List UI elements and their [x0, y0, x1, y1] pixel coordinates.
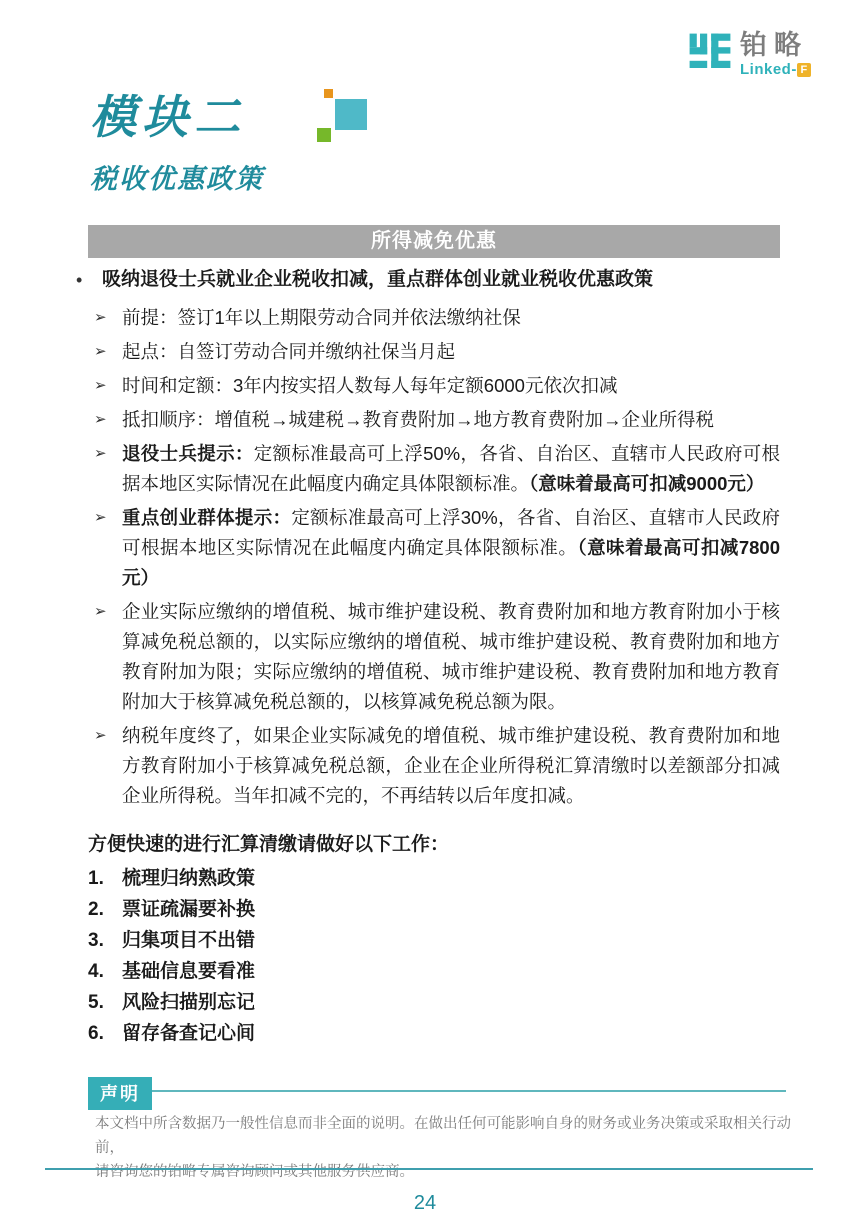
checklist-item: 4.基础信息要看准 [88, 956, 780, 987]
arrow-bullet-icon: ➢ [94, 405, 107, 435]
checklist: 1.梳理归纳熟政策 2.票证疏漏要补换 3.归集项目不出错 4.基础信息要看准 … [88, 863, 780, 1049]
arrow-bullet-icon: ➢ [94, 721, 107, 751]
checklist-item-text: 风险扫描别忘记 [122, 987, 255, 1018]
checklist-item-number: 1. [88, 863, 122, 894]
statement-divider-line [136, 1090, 786, 1092]
item-emphasis: （意味着最高可扣减9000元） [529, 473, 764, 494]
checklist-item: 6.留存备查记心间 [88, 1018, 780, 1049]
bullet-icon: • [76, 265, 82, 295]
list-item: ➢企业实际应缴纳的增值税、城市维护建设税、教育费附加和地方教育附加小于核算减免税… [88, 597, 780, 717]
module-header: 模块二 税收优惠政策 [90, 92, 264, 196]
item-text: 企业实际应缴纳的增值税、城市维护建设税、教育费附加和地方教育附加小于核算减免税总… [122, 601, 780, 712]
document-page: 铂略 Linked- F 模块二 税收优惠政策 所得减免优惠 • 吸纳退役士兵就… [0, 0, 850, 1228]
policy-headline-text: 吸纳退役士兵就业企业税收扣减，重点群体创业就业税收优惠政策 [102, 269, 653, 290]
list-item: ➢退役士兵提示：定额标准最高可上浮50%，各省、自治区、直辖市人民政府可根据本地… [88, 439, 780, 499]
section-title: 所得减免优惠 [371, 230, 497, 252]
footer-divider-line [45, 1168, 813, 1170]
decorative-square-green [317, 128, 331, 142]
arrow-bullet-icon: ➢ [94, 337, 107, 367]
checklist-item-number: 6. [88, 1018, 122, 1049]
brand-name-en-word: Linked- [740, 62, 797, 77]
decorative-square-teal [335, 99, 367, 130]
checklist-title: 方便快速的进行汇算清缴请做好以下工作： [88, 831, 780, 859]
brand-name-en: Linked- F [740, 62, 811, 77]
checklist-item-text: 梳理归纳熟政策 [122, 863, 255, 894]
list-item: ➢起点：自签订劳动合同并缴纳社保当月起 [88, 337, 780, 367]
checklist-item: 1.梳理归纳熟政策 [88, 863, 780, 894]
section-header-bar: 所得减免优惠 [88, 225, 780, 258]
item-text: 纳税年度终了，如果企业实际减免的增值税、城市维护建设税、教育费附加和地方教育附加… [122, 725, 780, 806]
checklist-item: 3.归集项目不出错 [88, 925, 780, 956]
item-label: 重点创业群体提示： [122, 507, 291, 528]
list-item: ➢时间和定额：3年内按实招人数每人每年定额6000元依次扣减 [88, 371, 780, 401]
disclaimer-text: 本文档中所含数据乃一般性信息而非全面的说明。在做出任何可能影响自身的财务或业务决… [95, 1112, 805, 1184]
checklist-item: 5.风险扫描别忘记 [88, 987, 780, 1018]
disclaimer-line-1: 本文档中所含数据乃一般性信息而非全面的说明。在做出任何可能影响自身的财务或业务决… [95, 1112, 805, 1160]
arrow-bullet-icon: ➢ [94, 303, 107, 333]
module-subtitle: 税收优惠政策 [90, 157, 264, 196]
arrow-bullet-icon: ➢ [94, 439, 107, 469]
item-text: 前提：签订1年以上期限劳动合同并依法缴纳社保 [122, 307, 521, 328]
page-number: 24 [0, 1192, 850, 1215]
checklist-item-number: 4. [88, 956, 122, 987]
policy-headline: • 吸纳退役士兵就业企业税收扣减，重点群体创业就业税收优惠政策 [88, 265, 780, 295]
list-item: ➢重点创业群体提示：定额标准最高可上浮30%，各省、自治区、直辖市人民政府可根据… [88, 503, 780, 593]
checklist-item-text: 留存备查记心间 [122, 1018, 255, 1049]
main-content: 所得减免优惠 • 吸纳退役士兵就业企业税收扣减，重点群体创业就业税收优惠政策 ➢… [88, 225, 780, 1049]
disclaimer-line-2: 请咨询您的铂略专属咨询顾问或其他服务供应商。 [95, 1160, 805, 1184]
arrow-bullet-icon: ➢ [94, 371, 107, 401]
checklist-section: 方便快速的进行汇算清缴请做好以下工作： 1.梳理归纳熟政策 2.票证疏漏要补换 … [88, 831, 780, 1049]
brand-logo: 铂略 Linked- F [688, 28, 838, 80]
checklist-item-text: 基础信息要看准 [122, 956, 255, 987]
arrow-bullet-icon: ➢ [94, 503, 107, 533]
statement-label: 声明 [88, 1077, 152, 1110]
decorative-square-orange [324, 89, 333, 98]
linked-f-logo-icon [688, 28, 732, 76]
checklist-item-number: 2. [88, 894, 122, 925]
list-item: ➢抵扣顺序：增值税→城建税→教育费附加→地方教育费附加→企业所得税 [88, 405, 780, 435]
policy-item-list: ➢前提：签订1年以上期限劳动合同并依法缴纳社保 ➢起点：自签订劳动合同并缴纳社保… [88, 303, 780, 811]
checklist-item: 2.票证疏漏要补换 [88, 894, 780, 925]
list-item: ➢前提：签订1年以上期限劳动合同并依法缴纳社保 [88, 303, 780, 333]
checklist-item-number: 3. [88, 925, 122, 956]
brand-name-cn: 铂略 [740, 32, 811, 59]
checklist-item-number: 5. [88, 987, 122, 1018]
item-text: 起点：自签订劳动合同并缴纳社保当月起 [122, 341, 455, 362]
brand-logo-text: 铂略 Linked- F [740, 28, 811, 77]
module-title: 模块二 [90, 92, 264, 143]
brand-badge-f: F [797, 63, 811, 77]
arrow-bullet-icon: ➢ [94, 597, 107, 627]
checklist-item-text: 票证疏漏要补换 [122, 894, 255, 925]
item-text: 时间和定额：3年内按实招人数每人每年定额6000元依次扣减 [122, 375, 617, 396]
item-text: 抵扣顺序：增值税→城建税→教育费附加→地方教育费附加→企业所得税 [122, 409, 714, 430]
checklist-item-text: 归集项目不出错 [122, 925, 255, 956]
list-item: ➢纳税年度终了，如果企业实际减免的增值税、城市维护建设税、教育费附加和地方教育附… [88, 721, 780, 811]
item-label: 退役士兵提示： [122, 443, 254, 464]
